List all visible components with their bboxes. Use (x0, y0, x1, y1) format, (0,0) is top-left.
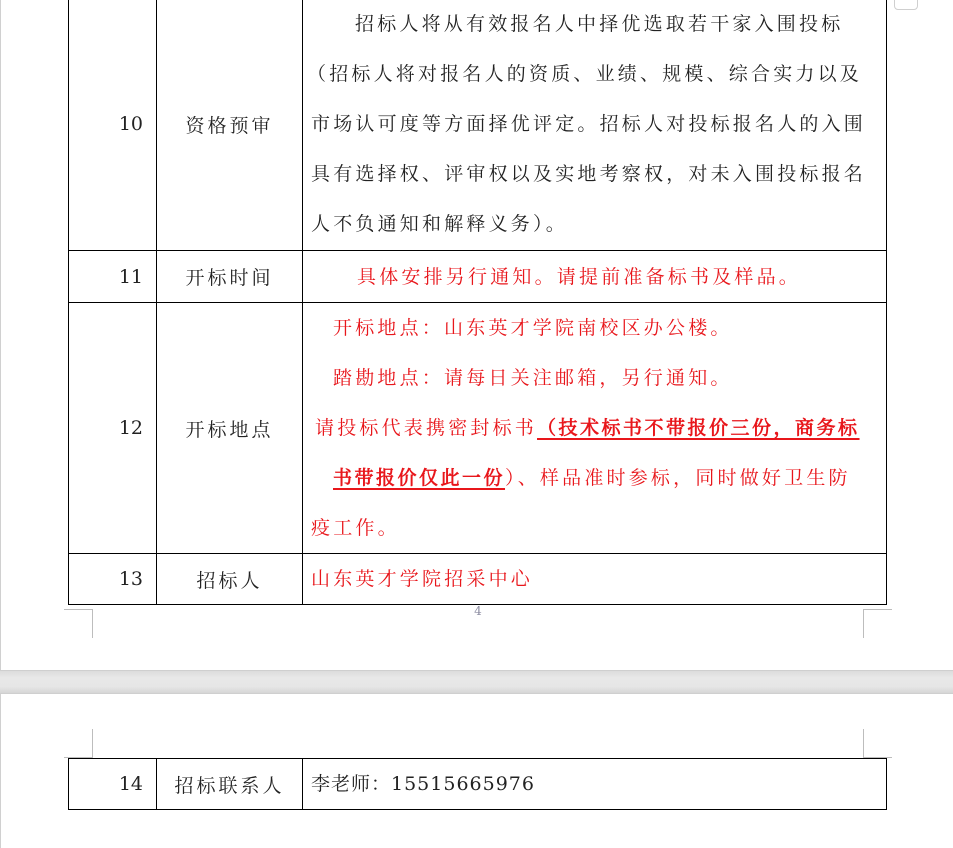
emphasis-text: 书带报价仅此一份 (333, 467, 505, 489)
table-row: 13 招标人 山东英才学院招采中心 (69, 554, 887, 605)
content-line: 李老师：15515665976 (311, 759, 878, 809)
row-content[interactable]: 山东英才学院招采中心 (303, 554, 887, 605)
row-label: 招标人 (157, 554, 303, 605)
content-line: 山东英才学院招采中心 (311, 554, 878, 604)
content-line: 疫工作。 (311, 503, 878, 553)
margin-corner-mark (863, 609, 892, 638)
row-label: 资格预审 (157, 0, 303, 251)
table-row: 10 资格预审 招标人将从有效报名人中择优选取若干家入围投标 （招标人将对报名人… (69, 0, 887, 251)
document-page-4: 10 资格预审 招标人将从有效报名人中择优选取若干家入围投标 （招标人将对报名人… (0, 0, 953, 670)
document-page-5: 14 招标联系人 李老师：15515665976 (0, 694, 953, 848)
row-number: 14 (69, 759, 157, 810)
row-content[interactable]: 招标人将从有效报名人中择优选取若干家入围投标 （招标人将对报名人的资质、业绩、规… (303, 0, 887, 251)
content-line: 人不负通知和解释义务）。 (311, 199, 878, 249)
content-line: 市场认可度等方面择优评定。招标人对投标报名人的入围 (311, 99, 878, 149)
emphasis-text: （技术标书不带报价三份，商务标 (537, 417, 860, 439)
content-text: ）、样品准时参标，同时做好卫生防 (505, 467, 851, 489)
row-number: 13 (69, 554, 157, 605)
row-number: 10 (69, 0, 157, 251)
row-content[interactable]: 李老师：15515665976 (303, 759, 887, 810)
content-line: 请投标代表携密封标书（技术标书不带报价三份，商务标 (315, 403, 878, 453)
row-content[interactable]: 开标地点：山东英才学院南校区办公楼。 踏勘地点：请每日关注邮箱，另行通知。 请投… (303, 303, 887, 554)
tender-info-table: 10 资格预审 招标人将从有效报名人中择优选取若干家入围投标 （招标人将对报名人… (68, 0, 887, 605)
page-number: 4 (471, 604, 485, 618)
table-row: 11 开标时间 具体安排另行通知。请提前准备标书及样品。 (69, 251, 887, 303)
content-line: 踏勘地点：请每日关注邮箱，另行通知。 (311, 353, 878, 403)
tender-info-table-continued: 14 招标联系人 李老师：15515665976 (68, 758, 887, 810)
page-separator (0, 670, 953, 694)
row-number: 12 (69, 303, 157, 554)
row-label: 开标地点 (157, 303, 303, 554)
content-line: （招标人将对报名人的资质、业绩、规模、综合实力以及 (307, 49, 878, 99)
row-label: 招标联系人 (157, 759, 303, 810)
content-line: 招标人将从有效报名人中择优选取若干家入围投标 (311, 0, 878, 49)
content-line: 开标地点：山东英才学院南校区办公楼。 (311, 303, 878, 353)
content-line: 具体安排另行通知。请提前准备标书及样品。 (311, 252, 878, 302)
content-text: 请投标代表携密封标书 (315, 417, 537, 439)
page-handle[interactable] (894, 0, 918, 10)
table-row: 14 招标联系人 李老师：15515665976 (69, 759, 887, 810)
row-content[interactable]: 具体安排另行通知。请提前准备标书及样品。 (303, 251, 887, 303)
table-row: 12 开标地点 开标地点：山东英才学院南校区办公楼。 踏勘地点：请每日关注邮箱，… (69, 303, 887, 554)
margin-corner-mark (64, 729, 93, 758)
content-line: 书带报价仅此一份）、样品准时参标，同时做好卫生防 (311, 453, 878, 503)
row-label: 开标时间 (157, 251, 303, 303)
margin-corner-mark (863, 729, 892, 758)
margin-corner-mark (64, 609, 93, 638)
row-number: 11 (69, 251, 157, 303)
content-line: 具有选择权、评审权以及实地考察权，对未入围投标报名 (311, 149, 878, 199)
